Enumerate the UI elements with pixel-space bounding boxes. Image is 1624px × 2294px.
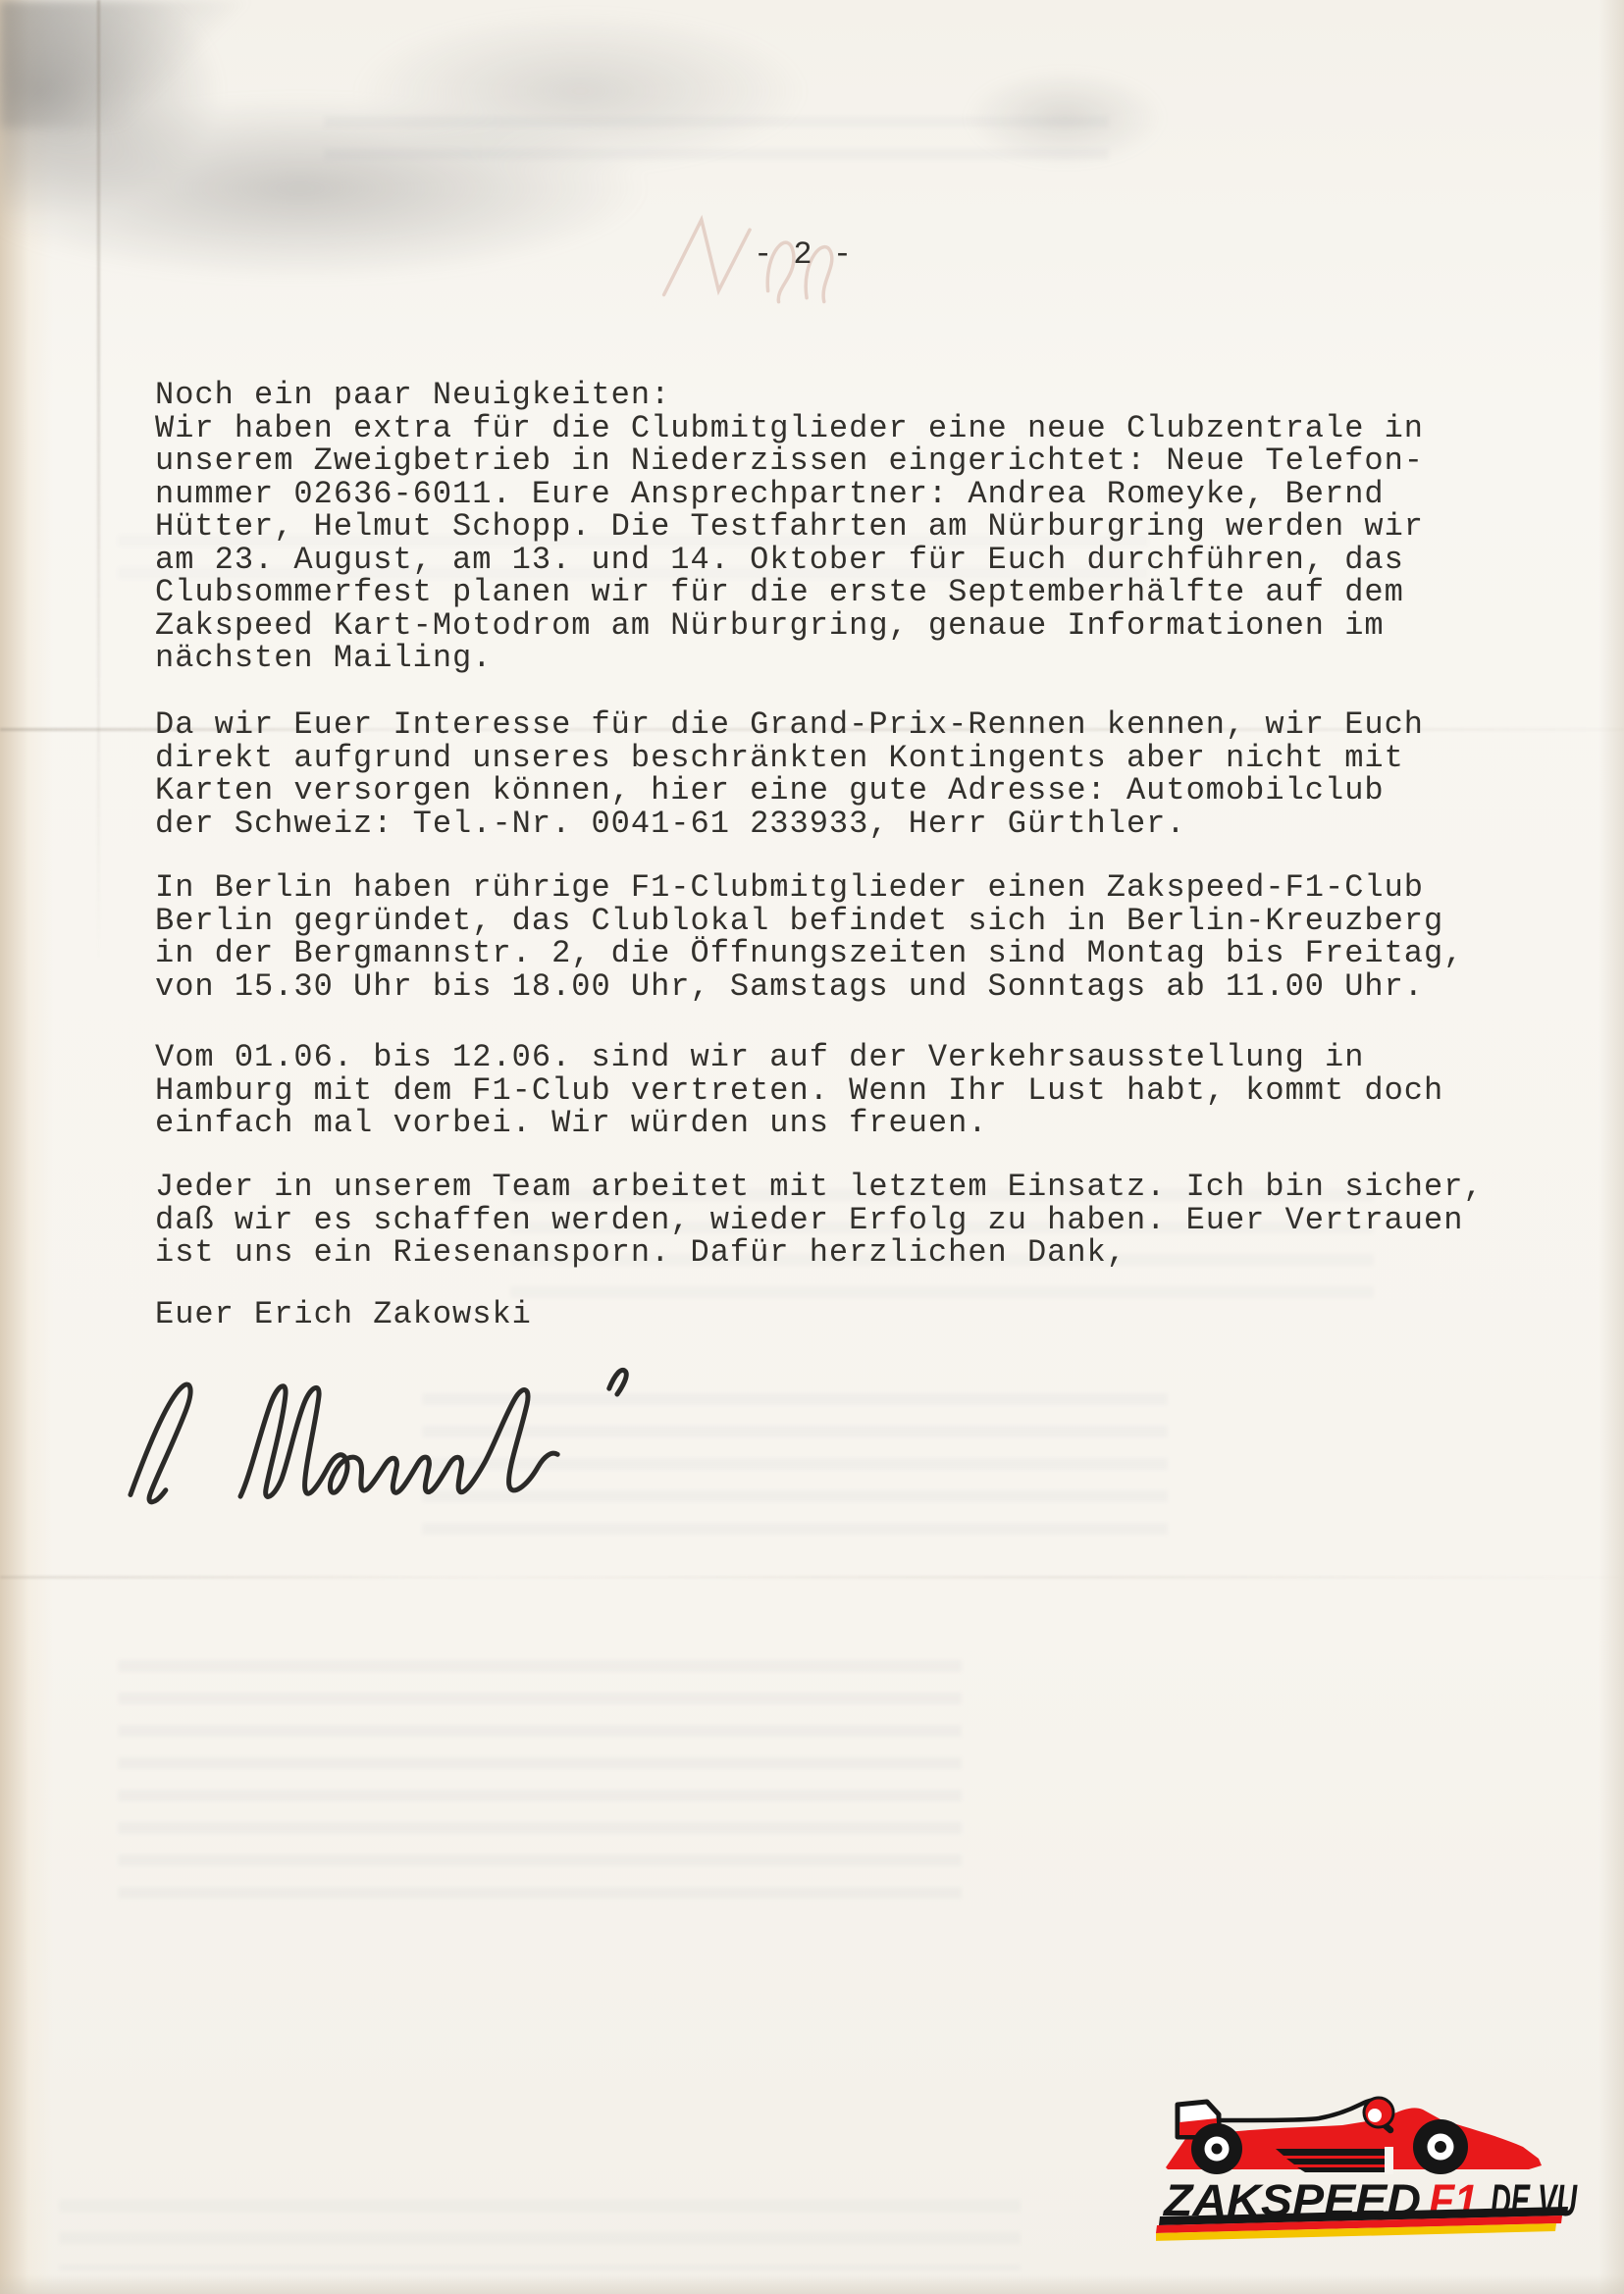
bleed-through-text-lines [118,1660,962,1907]
front-wheel [1191,2123,1242,2174]
paragraph-berlin-club: In Berlin haben rührige F1-Clubmitgliede… [155,871,1463,1003]
vertical-fold-crease [97,0,100,962]
speed-line-gap [1385,2147,1393,2174]
rear-wheel [1413,2119,1468,2174]
paragraph-hamburg-exhibition: Vom 01.06. bis 12.06. sind wir auf der V… [155,1041,1443,1140]
helmet-visor [1368,2109,1382,2122]
page-number: - 2 - [754,238,853,272]
zakspeed-f1-logo: ZAKSPEED F1 .DE.VU [1156,2059,1598,2255]
bleed-through-text-lines [59,2200,1021,2270]
paragraph-club-news: Noch ein paar Neuigkeiten: Wir haben ext… [155,379,1424,675]
paragraph-team-thanks: Jeder in unserem Team arbeitet mit letzt… [155,1171,1484,1270]
scan-corner-shadow [0,0,265,128]
paragraph-grand-prix-tickets: Da wir Euer Interesse für die Grand-Prix… [155,708,1424,840]
bleed-through-text-lines [324,116,1109,173]
paper-bottom-edge-shading [0,2274,1624,2294]
paper-left-edge-shading [0,0,53,2294]
scan-smudge-top-right [932,54,1197,182]
horizontal-fold-crease-lower [0,1576,1624,1579]
signature-erich-zakowski [98,1358,670,1538]
f1-car-illustration [1166,2098,1542,2174]
car-top-outline [1219,2100,1376,2120]
scanned-letter-page: - 2 - Noch ein paar Neuigkeiten: Wir hab… [0,0,1624,2294]
paper-right-edge-shading [1598,0,1624,2294]
signoff-line: Euer Erich Zakowski [155,1298,532,1331]
